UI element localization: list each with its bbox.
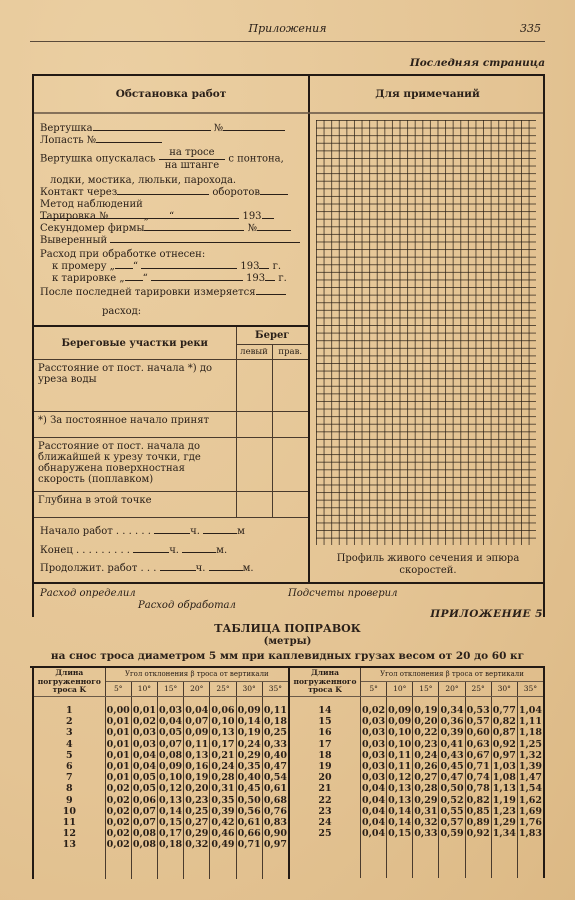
option-on-rod[interactable]: на штанге (159, 160, 225, 172)
correction-value-cell: 1,04 (517, 705, 544, 716)
spacer-cell (491, 696, 517, 705)
bank-header: Берег (236, 327, 308, 345)
correction-value-cell: 0,50 (236, 795, 262, 806)
table-row: 70,010,050,100,190,280,400,54 (33, 772, 289, 783)
cable-length-cell: 6 (33, 761, 105, 772)
correction-value-cell: 0,07 (158, 739, 184, 750)
bank-row-label: Расстояние от пост. начала *) до уреза в… (34, 360, 236, 412)
correction-value-cell: 0,25 (184, 806, 210, 817)
empty-cell (361, 850, 387, 878)
correction-value-cell: 0,20 (184, 783, 210, 794)
correction-value-cell: 1,47 (517, 772, 544, 783)
table-row: 50,010,040,080,130,210,290,40 (33, 750, 289, 761)
calib-day-input[interactable] (125, 273, 143, 281)
work-conditions-header: Обстановка работ (34, 88, 308, 100)
lopast-input[interactable] (96, 135, 162, 143)
table-row: 170,030,100,230,410,630,921,25 (290, 739, 544, 750)
col-k-header: Длина погруженного троса K (33, 668, 105, 696)
correction-value-cell: 0,05 (131, 783, 157, 794)
label: расход: (102, 306, 141, 317)
cable-length-cell: 10 (33, 806, 105, 817)
spacer-cell (262, 696, 289, 705)
spacer-cell (290, 696, 361, 705)
correction-value-cell: 0,03 (361, 772, 387, 783)
correction-value-cell: 0,06 (210, 705, 236, 716)
cable-length-cell: 9 (33, 795, 105, 806)
verified-input[interactable] (110, 235, 300, 243)
label: Вертушка опускалась (40, 154, 156, 165)
corrections-table-right: Длина погруженного троса K Угол отклонен… (290, 668, 545, 878)
correction-value-cell: 0,07 (184, 716, 210, 727)
cable-length-cell: 24 (290, 817, 361, 828)
cable-length-cell: 11 (33, 817, 105, 828)
hours-unit: ч. (196, 563, 206, 574)
correction-value-cell: 0,31 (210, 783, 236, 794)
notes-header: Для примечаний (310, 88, 545, 100)
label: Лопасть № (40, 135, 96, 146)
correction-value-cell: 1,03 (491, 761, 517, 772)
hours-unit: ч. (169, 545, 179, 556)
table-row: 130,020,080,180,320,490,710,97 (33, 839, 289, 850)
correction-value-cell: 0,18 (262, 716, 289, 727)
empty-cell (131, 851, 157, 879)
correction-value-cell: 0,67 (465, 750, 491, 761)
correction-value-cell: 0,09 (236, 705, 262, 716)
correction-value-cell: 0,08 (131, 828, 157, 839)
correction-value-cell: 0,68 (262, 795, 289, 806)
empty-cell (290, 850, 361, 878)
minutes-unit: м. (216, 545, 227, 556)
end-hours-input[interactable] (133, 545, 169, 553)
correction-value-cell: 0,03 (361, 739, 387, 750)
stopwatch-brand-input[interactable] (144, 223, 244, 231)
correction-value-cell: 0,32 (184, 839, 210, 850)
label: Начало работ . . . . . . (40, 526, 151, 537)
spacer-cell (105, 696, 131, 705)
table-row: 80,020,050,120,200,310,450,61 (33, 783, 289, 794)
left-bank-cell[interactable] (236, 360, 272, 412)
empty-cell (517, 839, 544, 850)
label: к промеру (52, 261, 107, 272)
field-stopwatch: Секундомер фирмы № (40, 223, 302, 235)
correction-value-cell: 0,10 (158, 772, 184, 783)
platforms-line: лодки, мостика, люльки, парохода. (50, 175, 312, 187)
label: 193 (242, 211, 261, 222)
field-duration: Продолжит. работ . . . ч. м. (40, 563, 254, 574)
cable-or-rod-choice[interactable]: на тросе на штанге (159, 147, 225, 171)
correction-value-cell: 0,24 (236, 739, 262, 750)
spacer-cell (236, 696, 262, 705)
right-bank-cell[interactable] (272, 360, 308, 412)
calibration-year-input[interactable] (262, 211, 274, 219)
correction-value-cell: 0,13 (210, 727, 236, 738)
correction-value-cell: 0,52 (439, 795, 465, 806)
correction-value-cell: 0,61 (262, 783, 289, 794)
angle-col-header: 30° (236, 682, 262, 696)
correction-value-cell: 0,61 (236, 817, 262, 828)
calibration-month-input[interactable] (177, 211, 239, 219)
left-bank-header: левый (236, 345, 272, 360)
cable-length-cell: 19 (290, 761, 361, 772)
correction-value-cell: 0,33 (413, 828, 439, 839)
empty-cell (465, 839, 491, 850)
table-row: 200,030,120,270,470,741,081,47 (290, 772, 544, 783)
stopwatch-number-input[interactable] (257, 223, 291, 231)
correction-value-cell: 0,23 (184, 795, 210, 806)
correction-value-cell: 1,19 (491, 795, 517, 806)
correction-value-cell: 0,24 (210, 761, 236, 772)
correction-value-cell: 0,27 (184, 817, 210, 828)
correction-value-cell: 0,32 (413, 817, 439, 828)
label: с понтона, (228, 154, 284, 165)
correction-value-cell: 0,29 (236, 750, 262, 761)
correction-value-cell: 0,27 (413, 772, 439, 783)
correction-value-cell: 0,17 (210, 739, 236, 750)
form-column-divider (308, 74, 310, 583)
label: Продолжит. работ . . . (40, 563, 156, 574)
signature-checked: Подсчеты проверил (288, 588, 397, 599)
correction-value-cell: 0,57 (439, 817, 465, 828)
correction-value-cell: 0,01 (105, 727, 131, 738)
correction-value-cell: 0,20 (413, 716, 439, 727)
cable-length-cell: 1 (33, 705, 105, 716)
angle-col-header: 30° (491, 682, 517, 696)
correction-value-cell: 0,19 (413, 705, 439, 716)
cable-length-cell: 8 (33, 783, 105, 794)
correction-value-cell: 1,08 (491, 772, 517, 783)
correction-value-cell: 0,02 (105, 806, 131, 817)
graph-paper-grid[interactable] (316, 120, 536, 545)
spacer-cell (387, 696, 413, 705)
table-row: 20,010,020,040,070,100,140,18 (33, 716, 289, 727)
correction-value-cell: 0,04 (361, 806, 387, 817)
table-row: 180,030,110,240,430,670,971,32 (290, 750, 544, 761)
correction-value-cell: 0,11 (387, 750, 413, 761)
cable-length-cell: 14 (290, 705, 361, 716)
start-minutes-input[interactable] (203, 526, 237, 534)
correction-value-cell: 0,09 (158, 761, 184, 772)
vertushka-input[interactable] (93, 123, 211, 131)
cable-length-cell: 16 (290, 727, 361, 738)
table-row: 30,010,030,050,090,130,190,25 (33, 727, 289, 738)
table-row: 220,040,130,290,520,821,191,62 (290, 795, 544, 806)
cable-length-cell: 17 (290, 739, 361, 750)
table-row: 210,040,130,280,500,781,131,54 (290, 783, 544, 794)
correction-value-cell: 0,01 (105, 739, 131, 750)
measurement-year-input[interactable] (259, 261, 269, 269)
calib-month-input[interactable] (151, 273, 243, 281)
cable-length-cell: 21 (290, 783, 361, 794)
correction-value-cell: 0,45 (236, 783, 262, 794)
appendix-label: ПРИЛОЖЕНИЕ 5 (300, 608, 543, 620)
correction-value-cell: 0,85 (465, 806, 491, 817)
correction-value-cell: 0,02 (361, 705, 387, 716)
angle-header: Угол отклонения β троса от вертикали (105, 668, 289, 682)
correction-value-cell: 1,76 (517, 817, 544, 828)
correction-value-cell: 0,13 (184, 750, 210, 761)
correction-value-cell: 0,31 (413, 806, 439, 817)
cable-length-cell: 25 (290, 828, 361, 839)
correction-value-cell: 0,13 (387, 783, 413, 794)
left-bank-cell[interactable] (236, 492, 272, 518)
cable-length-cell: 22 (290, 795, 361, 806)
table-title: ТАБЛИЦА ПОПРАВОК (0, 622, 575, 635)
correction-value-cell: 0,42 (210, 817, 236, 828)
correction-value-cell: 1,62 (517, 795, 544, 806)
vertushka-number-input[interactable] (223, 123, 285, 131)
table-body-left: 10,000,010,030,040,060,090,1120,010,020,… (33, 696, 289, 879)
right-bank-header: прав. (272, 345, 308, 360)
correction-value-cell: 0,05 (158, 727, 184, 738)
table-row: 230,040,140,310,550,851,231,69 (290, 806, 544, 817)
correction-value-cell: 0,06 (131, 795, 157, 806)
correction-value-cell: 0,77 (491, 705, 517, 716)
correction-value-cell: 0,12 (387, 772, 413, 783)
correction-value-cell: 0,47 (262, 761, 289, 772)
correction-value-cell: 0,97 (491, 750, 517, 761)
field-calibration: Тарировка № „“ 193 (40, 211, 302, 223)
angle-col-header: 25° (465, 682, 491, 696)
correction-value-cell: 0,09 (184, 727, 210, 738)
correction-value-cell: 0,45 (439, 761, 465, 772)
cable-length-cell: 2 (33, 716, 105, 727)
minutes-unit: м. (243, 563, 254, 574)
table-row: 100,020,070,140,250,390,560,76 (33, 806, 289, 817)
correction-value-cell: 0,54 (262, 772, 289, 783)
correction-value-cell: 0,11 (184, 739, 210, 750)
correction-value-cell: 0,04 (361, 795, 387, 806)
correction-value-cell: 1,69 (517, 806, 544, 817)
signature-processed: Расход обработал (138, 600, 236, 611)
angle-col-header: 20° (439, 682, 465, 696)
duration-hours-input[interactable] (160, 563, 196, 571)
correction-value-cell: 0,11 (387, 761, 413, 772)
spacer-cell (33, 696, 105, 705)
table-row: 140,020,090,190,340,530,771,04 (290, 705, 544, 716)
angle-header: Угол отклонения β троса от вертикали (361, 668, 544, 682)
empty-cell (387, 839, 413, 850)
field-to-calibration: к тарировке „“ 193 г. (52, 273, 314, 285)
measurement-month-input[interactable] (141, 261, 237, 269)
correction-value-cell: 0,03 (131, 727, 157, 738)
correction-value-cell: 0,03 (361, 750, 387, 761)
correction-value-cell: 0,87 (491, 727, 517, 738)
correction-value-cell: 0,25 (262, 727, 289, 738)
correction-value-cell: 0,39 (439, 727, 465, 738)
table-row: 10,000,010,030,040,060,090,11 (33, 705, 289, 716)
correction-value-cell: 0,05 (131, 772, 157, 783)
correction-value-cell: 0,13 (158, 795, 184, 806)
correction-value-cell: 0,46 (210, 828, 236, 839)
correction-value-cell: 0,09 (387, 705, 413, 716)
label: 193 (240, 261, 259, 272)
duration-minutes-input[interactable] (209, 563, 243, 571)
correction-value-cell: 0,40 (236, 772, 262, 783)
field-verified: Выверенный (40, 235, 302, 247)
calib-year-input[interactable] (265, 273, 275, 281)
correction-value-cell: 0,41 (439, 739, 465, 750)
angle-col-header: 35° (517, 682, 544, 696)
correction-value-cell: 0,66 (236, 828, 262, 839)
end-minutes-input[interactable] (182, 545, 216, 553)
correction-value-cell: 0,15 (158, 817, 184, 828)
label: Тарировка № (40, 211, 109, 222)
hours-unit: ч. (190, 526, 200, 537)
correction-value-cell: 0,92 (465, 828, 491, 839)
bank-table-title: Береговые участки реки (34, 327, 236, 360)
correction-value-cell: 0,63 (465, 739, 491, 750)
correction-value-cell: 0,14 (158, 806, 184, 817)
angle-col-header: 15° (413, 682, 439, 696)
correction-value-cell: 0,01 (131, 705, 157, 716)
correction-value-cell: 0,47 (439, 772, 465, 783)
table-row: 60,010,040,090,160,240,350,47 (33, 761, 289, 772)
right-bank-cell[interactable] (272, 438, 308, 492)
correction-value-cell: 0,04 (131, 750, 157, 761)
empty-cell (262, 851, 289, 879)
right-bank-cell[interactable] (272, 412, 308, 438)
after-calibration-input[interactable] (256, 287, 286, 295)
label: Секундомер фирмы (40, 223, 144, 234)
right-bank-cell[interactable] (272, 492, 308, 518)
left-bank-cell[interactable] (236, 412, 272, 438)
field-end-time: Конец . . . . . . . . . ч. м. (40, 545, 227, 556)
start-hours-input[interactable] (154, 526, 190, 534)
label: № (248, 223, 257, 234)
cable-length-cell: 18 (290, 750, 361, 761)
table-row: 160,030,100,220,390,600,871,18 (290, 727, 544, 738)
label: Конец . . . . . . . . . (40, 545, 130, 556)
angle-col-header: 5° (361, 682, 387, 696)
label: № (214, 123, 223, 134)
correction-value-cell: 0,21 (210, 750, 236, 761)
correction-value-cell: 0,03 (361, 716, 387, 727)
correction-value-cell: 0,14 (236, 716, 262, 727)
table-units: (метры) (0, 636, 575, 647)
cable-length-cell: 20 (290, 772, 361, 783)
revolutions-input[interactable] (260, 187, 288, 195)
correction-value-cell: 0,17 (158, 828, 184, 839)
correction-value-cell: 0,10 (210, 716, 236, 727)
correction-value-cell: 0,01 (105, 761, 131, 772)
correction-value-cell: 0,82 (491, 716, 517, 727)
contact-input[interactable] (117, 187, 209, 195)
spacer-cell (184, 696, 210, 705)
calibration-day-input[interactable] (149, 211, 169, 219)
table-row: 110,020,070,150,270,420,610,83 (33, 817, 289, 828)
angle-col-header: 25° (210, 682, 236, 696)
table-row: 90,020,060,130,230,350,500,68 (33, 795, 289, 806)
correction-value-cell: 0,11 (262, 705, 289, 716)
correction-value-cell: 1,39 (517, 761, 544, 772)
correction-value-cell: 0,90 (262, 828, 289, 839)
page-number: 335 (520, 22, 541, 35)
table-subtitle: на снос троса диаметром 5 мм при каплеви… (0, 650, 575, 662)
correction-value-cell: 0,78 (465, 783, 491, 794)
cable-length-cell: 12 (33, 828, 105, 839)
empty-cell (517, 850, 544, 878)
label: После последней тарировки измеряется (40, 287, 256, 298)
label: г. (278, 273, 286, 284)
correction-value-cell: 0,92 (491, 739, 517, 750)
correction-value-cell: 0,76 (262, 806, 289, 817)
correction-value-cell: 0,18 (158, 839, 184, 850)
correction-value-cell: 0,01 (105, 750, 131, 761)
spacer-cell (131, 696, 157, 705)
correction-value-cell: 0,04 (131, 761, 157, 772)
field-contact: Контакт через оборотов (40, 187, 302, 199)
option-on-cable[interactable]: на тросе (159, 147, 225, 160)
correction-value-cell: 0,28 (210, 772, 236, 783)
correction-value-cell: 1,13 (491, 783, 517, 794)
correction-value-cell: 0,02 (105, 795, 131, 806)
correction-value-cell: 1,34 (491, 828, 517, 839)
empty-cell (491, 850, 517, 878)
correction-value-cell: 0,14 (387, 817, 413, 828)
correction-value-cell: 0,29 (413, 795, 439, 806)
measurement-day-input[interactable] (115, 261, 133, 269)
empty-cell (105, 851, 131, 879)
section-label: Последняя страница (300, 57, 545, 69)
correction-value-cell: 0,04 (361, 817, 387, 828)
bank-row-label: Глубина в этой точке (34, 492, 236, 518)
table-row: 40,010,030,070,110,170,240,33 (33, 739, 289, 750)
correction-value-cell: 0,34 (439, 705, 465, 716)
correction-value-cell: 0,97 (262, 839, 289, 850)
field-vertushka: Вертушка № (40, 123, 302, 135)
correction-value-cell: 0,04 (158, 716, 184, 727)
correction-value-cell: 0,07 (131, 806, 157, 817)
correction-value-cell: 0,49 (210, 839, 236, 850)
angle-col-header: 10° (131, 682, 157, 696)
correction-value-cell: 0,36 (439, 716, 465, 727)
running-title: Приложения (0, 22, 575, 35)
label: г. (273, 261, 281, 272)
form-header-rule (34, 112, 543, 114)
correction-value-cell: 0,01 (105, 716, 131, 727)
spacer-cell (210, 696, 236, 705)
table-body-right: 140,020,090,190,340,530,771,04150,030,09… (290, 696, 544, 878)
spacer-cell (465, 696, 491, 705)
correction-value-cell: 0,07 (131, 817, 157, 828)
correction-value-cell: 0,83 (262, 817, 289, 828)
correction-value-cell: 0,59 (439, 828, 465, 839)
correction-value-cell: 0,00 (105, 705, 131, 716)
cable-length-cell: 4 (33, 739, 105, 750)
correction-value-cell: 0,04 (184, 705, 210, 716)
correction-value-cell: 0,82 (465, 795, 491, 806)
correction-value-cell: 0,02 (105, 783, 131, 794)
label: Контакт через (40, 187, 117, 198)
correction-value-cell: 1,23 (491, 806, 517, 817)
correction-value-cell: 0,04 (361, 783, 387, 794)
correction-value-cell: 0,24 (413, 750, 439, 761)
left-bank-cell[interactable] (236, 438, 272, 492)
correction-value-cell: 1,32 (517, 750, 544, 761)
table-row: 190,030,110,260,450,711,031,39 (290, 761, 544, 772)
correction-value-cell: 0,08 (158, 750, 184, 761)
correction-value-cell: 0,15 (387, 828, 413, 839)
correction-value-cell: 0,02 (131, 716, 157, 727)
angle-col-header: 15° (158, 682, 184, 696)
label: к тарировке (52, 273, 116, 284)
calibration-number-input[interactable] (109, 211, 141, 219)
cable-length-cell: 13 (33, 839, 105, 850)
cable-length-cell: 5 (33, 750, 105, 761)
correction-value-cell: 0,22 (413, 727, 439, 738)
correction-value-cell: 0,19 (184, 772, 210, 783)
correction-value-cell: 1,25 (517, 739, 544, 750)
